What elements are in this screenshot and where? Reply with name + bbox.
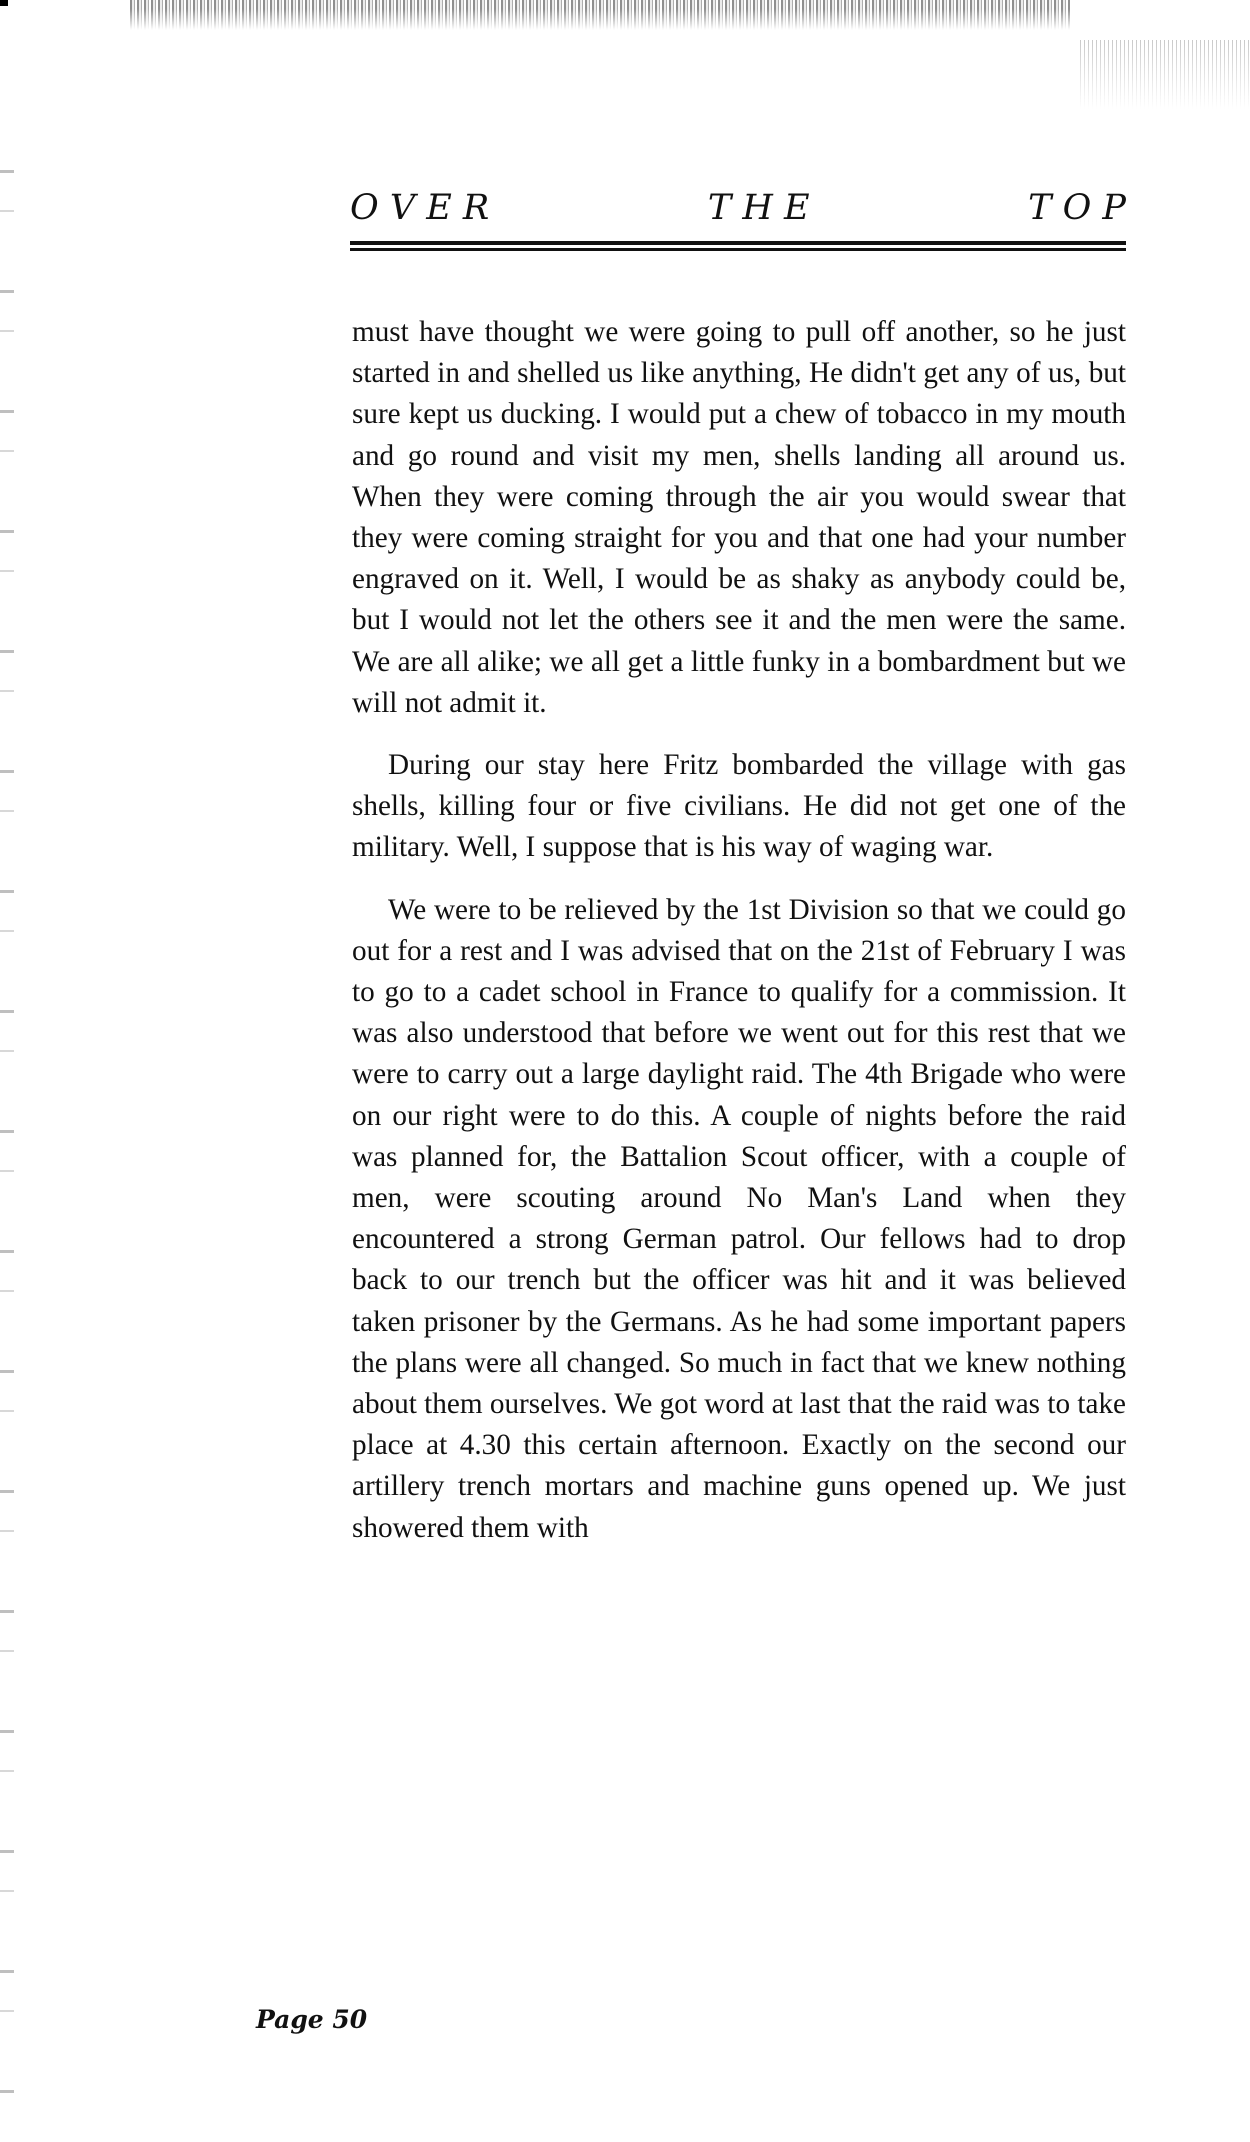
page-body: must have thought we were going to pull … (352, 312, 1126, 1549)
running-header: O V E R T H E T O P (350, 188, 1126, 228)
scan-artifact (0, 170, 14, 2130)
paragraph: We were to be relieved by the 1st Divisi… (352, 890, 1126, 1549)
paragraph: must have thought we were going to pull … (352, 312, 1126, 724)
scan-artifact (130, 0, 1070, 30)
paragraph: During our stay here Fritz bombarded the… (352, 745, 1126, 869)
scan-artifact (0, 0, 8, 6)
header-rule (350, 241, 1126, 245)
header-word: O V E R (350, 188, 489, 228)
header-word: T H E (708, 188, 810, 228)
scan-artifact (1080, 40, 1250, 110)
header-word: T O P (1028, 188, 1126, 228)
page-number: Page 50 (256, 2005, 367, 2034)
header-rule (350, 248, 1126, 251)
